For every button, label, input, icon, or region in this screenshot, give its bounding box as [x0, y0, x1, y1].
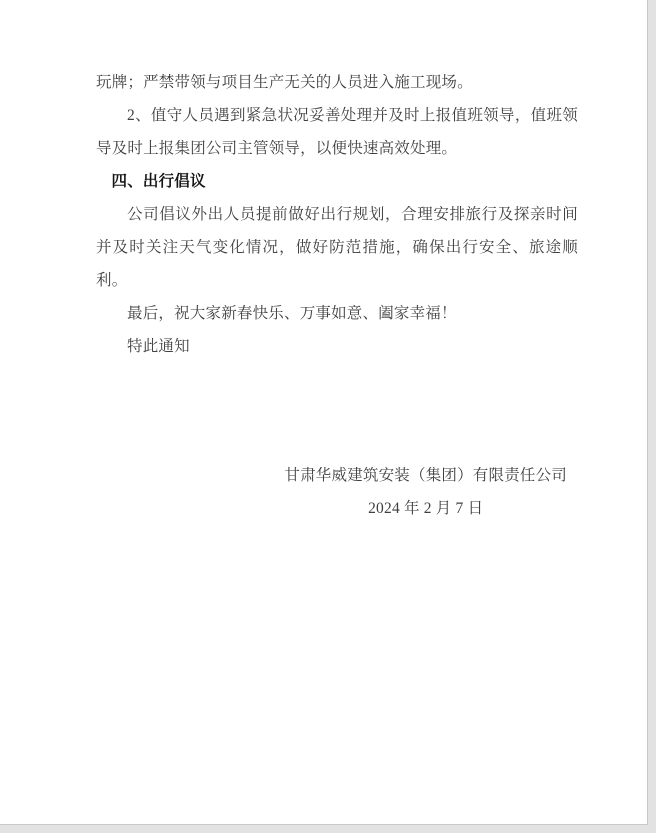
signature-inner: 甘肃华威建筑安装（集团）有限责任公司 2024 年 2 月 7 日	[284, 459, 567, 525]
paragraph-new-year-wishes: 最后，祝大家新春快乐、万事如意、阖家幸福！	[96, 297, 578, 330]
paragraph-continuation: 玩牌；严禁带领与项目生产无关的人员进入施工现场。	[96, 66, 578, 99]
document-page: 玩牌；严禁带领与项目生产无关的人员进入施工现场。 2、值守人员遇到紧急状况妥善处…	[0, 0, 648, 825]
signature-date: 2024 年 2 月 7 日	[284, 492, 567, 525]
document-body: 玩牌；严禁带领与项目生产无关的人员进入施工现场。 2、值守人员遇到紧急状况妥善处…	[96, 66, 578, 525]
paragraph-duty-escalation: 2、值守人员遇到紧急状况妥善处理并及时上报值班领导，值班领导及时上报集团公司主管…	[96, 99, 578, 165]
signature-block: 甘肃华威建筑安装（集团）有限责任公司 2024 年 2 月 7 日	[96, 459, 578, 525]
signature-company-name: 甘肃华威建筑安装（集团）有限责任公司	[284, 459, 567, 492]
section-heading-travel-advice: 四、出行倡议	[96, 165, 578, 198]
document-viewport: 玩牌；严禁带领与项目生产无关的人员进入施工现场。 2、值守人员遇到紧急状况妥善处…	[0, 0, 656, 833]
paragraph-notice-closing: 特此通知	[96, 330, 578, 363]
paragraph-travel-planning: 公司倡议外出人员提前做好出行规划，合理安排旅行及探亲时间并及时关注天气变化情况，…	[96, 198, 578, 297]
